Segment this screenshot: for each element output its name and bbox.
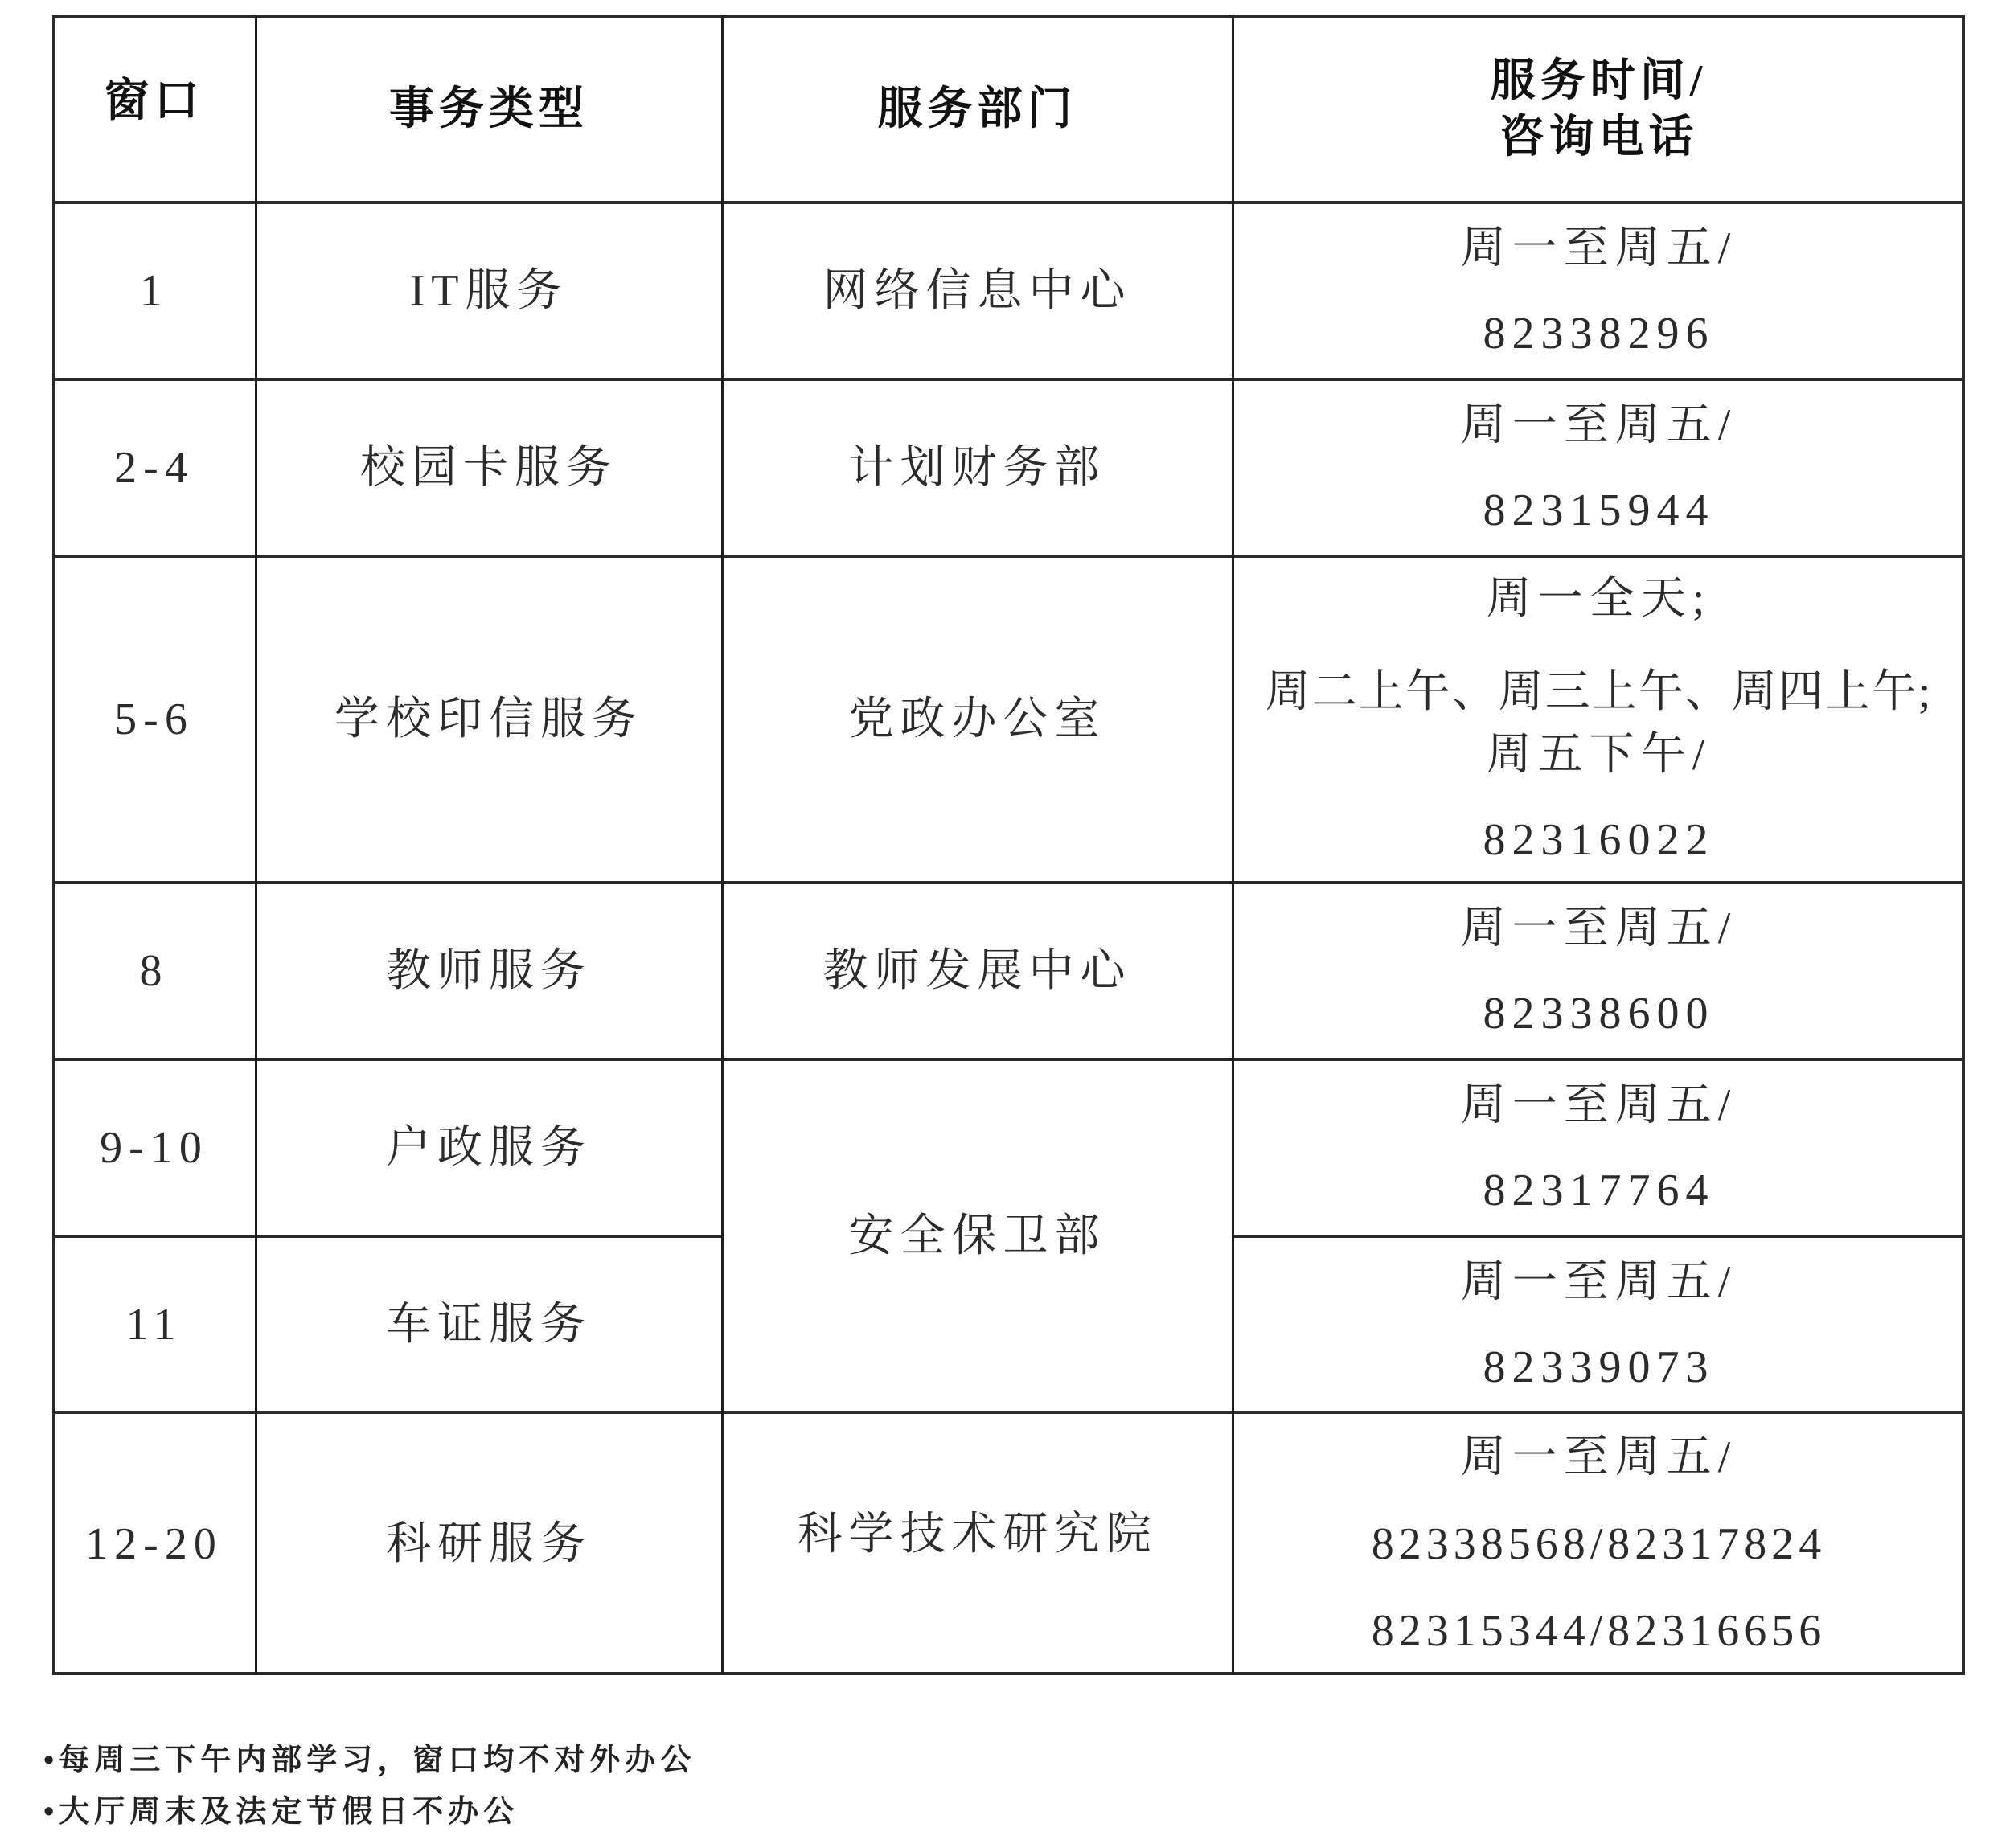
service-type: 车证服务	[386, 1302, 592, 1347]
header-window: 窗口	[52, 15, 256, 203]
service-dept: 党政办公室	[849, 697, 1106, 742]
service-hours: 周一至周五/	[1461, 906, 1737, 951]
service-dept: 科学技术研究院	[798, 1512, 1158, 1557]
service-hours: 周一至周五/	[1461, 403, 1737, 448]
service-type: 校园卡服务	[360, 445, 617, 490]
service-dept: 网络信息中心	[823, 268, 1132, 313]
cell-type: 户政服务	[256, 1059, 722, 1236]
cell-window: 12-20	[52, 1412, 256, 1675]
cell-time: 周一至周五/ 82338296	[1233, 203, 1965, 379]
window-number: 2-4	[114, 445, 194, 490]
cell-time: 周一至周五/ 82317764	[1233, 1059, 1965, 1236]
phone-number: 82315944	[1483, 488, 1715, 533]
cell-time: 周一全天; 周二上午、周三上午、周四上午; 周五下午/ 82316022	[1233, 556, 1965, 883]
window-number: 12-20	[85, 1522, 223, 1567]
cell-dept: 计划财务部	[722, 379, 1233, 556]
cell-dept: 教师发展中心	[722, 883, 1233, 1059]
cell-type: 教师服务	[256, 883, 722, 1059]
window-number: 5-6	[114, 697, 194, 742]
cell-type: 校园卡服务	[256, 379, 722, 556]
window-number: 9-10	[100, 1125, 208, 1170]
cell-dept-merged: 安全保卫部	[722, 1059, 1233, 1412]
header-time-phone: 服务时间/ 咨询电话	[1233, 15, 1965, 203]
phone-number: 82315344/82316656	[1372, 1608, 1827, 1653]
service-dept: 计划财务部	[849, 445, 1106, 490]
service-hours: 周一全天;	[1487, 576, 1712, 621]
phone-number: 82339073	[1483, 1345, 1715, 1390]
cell-time: 周一至周五/ 82315944	[1233, 379, 1965, 556]
footnote-weekend: •大厅周末及法定节假日不办公	[43, 1786, 519, 1830]
phone-number: 82317764	[1483, 1168, 1715, 1213]
phone-number: 82338296	[1483, 311, 1715, 356]
service-type: 户政服务	[386, 1125, 592, 1170]
cell-type: 车证服务	[256, 1236, 722, 1412]
phone-number: 82316022	[1483, 817, 1715, 863]
cell-type: 学校印信服务	[256, 556, 722, 883]
cell-time: 周一至周五/ 82338568/82317824 82315344/823166…	[1233, 1412, 1965, 1675]
header-phone-label: 咨询电话	[1499, 109, 1699, 166]
header-window-label: 窗口	[105, 73, 204, 129]
service-hours: 周五下午/	[1487, 732, 1712, 777]
service-hours: 周一至周五/	[1461, 226, 1737, 271]
service-dept: 教师发展中心	[823, 949, 1132, 994]
service-dept: 安全保卫部	[849, 1214, 1106, 1259]
header-type: 事务类型	[256, 15, 722, 203]
window-number: 1	[140, 268, 169, 313]
service-hours: 周一至周五/	[1461, 1083, 1737, 1128]
cell-dept: 科学技术研究院	[722, 1412, 1233, 1675]
header-dept: 服务部门	[722, 15, 1233, 203]
service-type: 科研服务	[386, 1522, 592, 1567]
cell-window: 5-6	[52, 556, 256, 883]
cell-window: 8	[52, 883, 256, 1059]
window-number: 11	[126, 1302, 183, 1347]
cell-window: 11	[52, 1236, 256, 1412]
header-type-label: 事务类型	[389, 81, 589, 137]
cell-type: 科研服务	[256, 1412, 722, 1675]
service-hours: 周一至周五/	[1461, 1260, 1737, 1305]
cell-type: IT服务	[256, 203, 722, 379]
cell-time: 周一至周五/ 82339073	[1233, 1236, 1965, 1412]
service-type: 学校印信服务	[334, 697, 643, 742]
cell-window: 9-10	[52, 1059, 256, 1236]
phone-number: 82338568/82317824	[1372, 1522, 1827, 1567]
service-hours: 周二上午、周三上午、周四上午;	[1265, 670, 1933, 715]
header-dept-label: 服务部门	[878, 81, 1077, 137]
window-number: 8	[140, 949, 169, 994]
service-type: 教师服务	[386, 949, 592, 994]
service-hours: 周一至周五/	[1461, 1435, 1737, 1480]
cell-time: 周一至周五/ 82338600	[1233, 883, 1965, 1059]
cell-window: 1	[52, 203, 256, 379]
service-type: IT服务	[410, 268, 568, 313]
footnote-wednesday: •每周三下午内部学习，窗口均不对外办公	[43, 1735, 695, 1779]
header-time-label: 服务时间/	[1491, 53, 1708, 109]
cell-dept: 网络信息中心	[722, 203, 1233, 379]
phone-number: 82338600	[1483, 991, 1715, 1036]
cell-window: 2-4	[52, 379, 256, 556]
cell-dept: 党政办公室	[722, 556, 1233, 883]
